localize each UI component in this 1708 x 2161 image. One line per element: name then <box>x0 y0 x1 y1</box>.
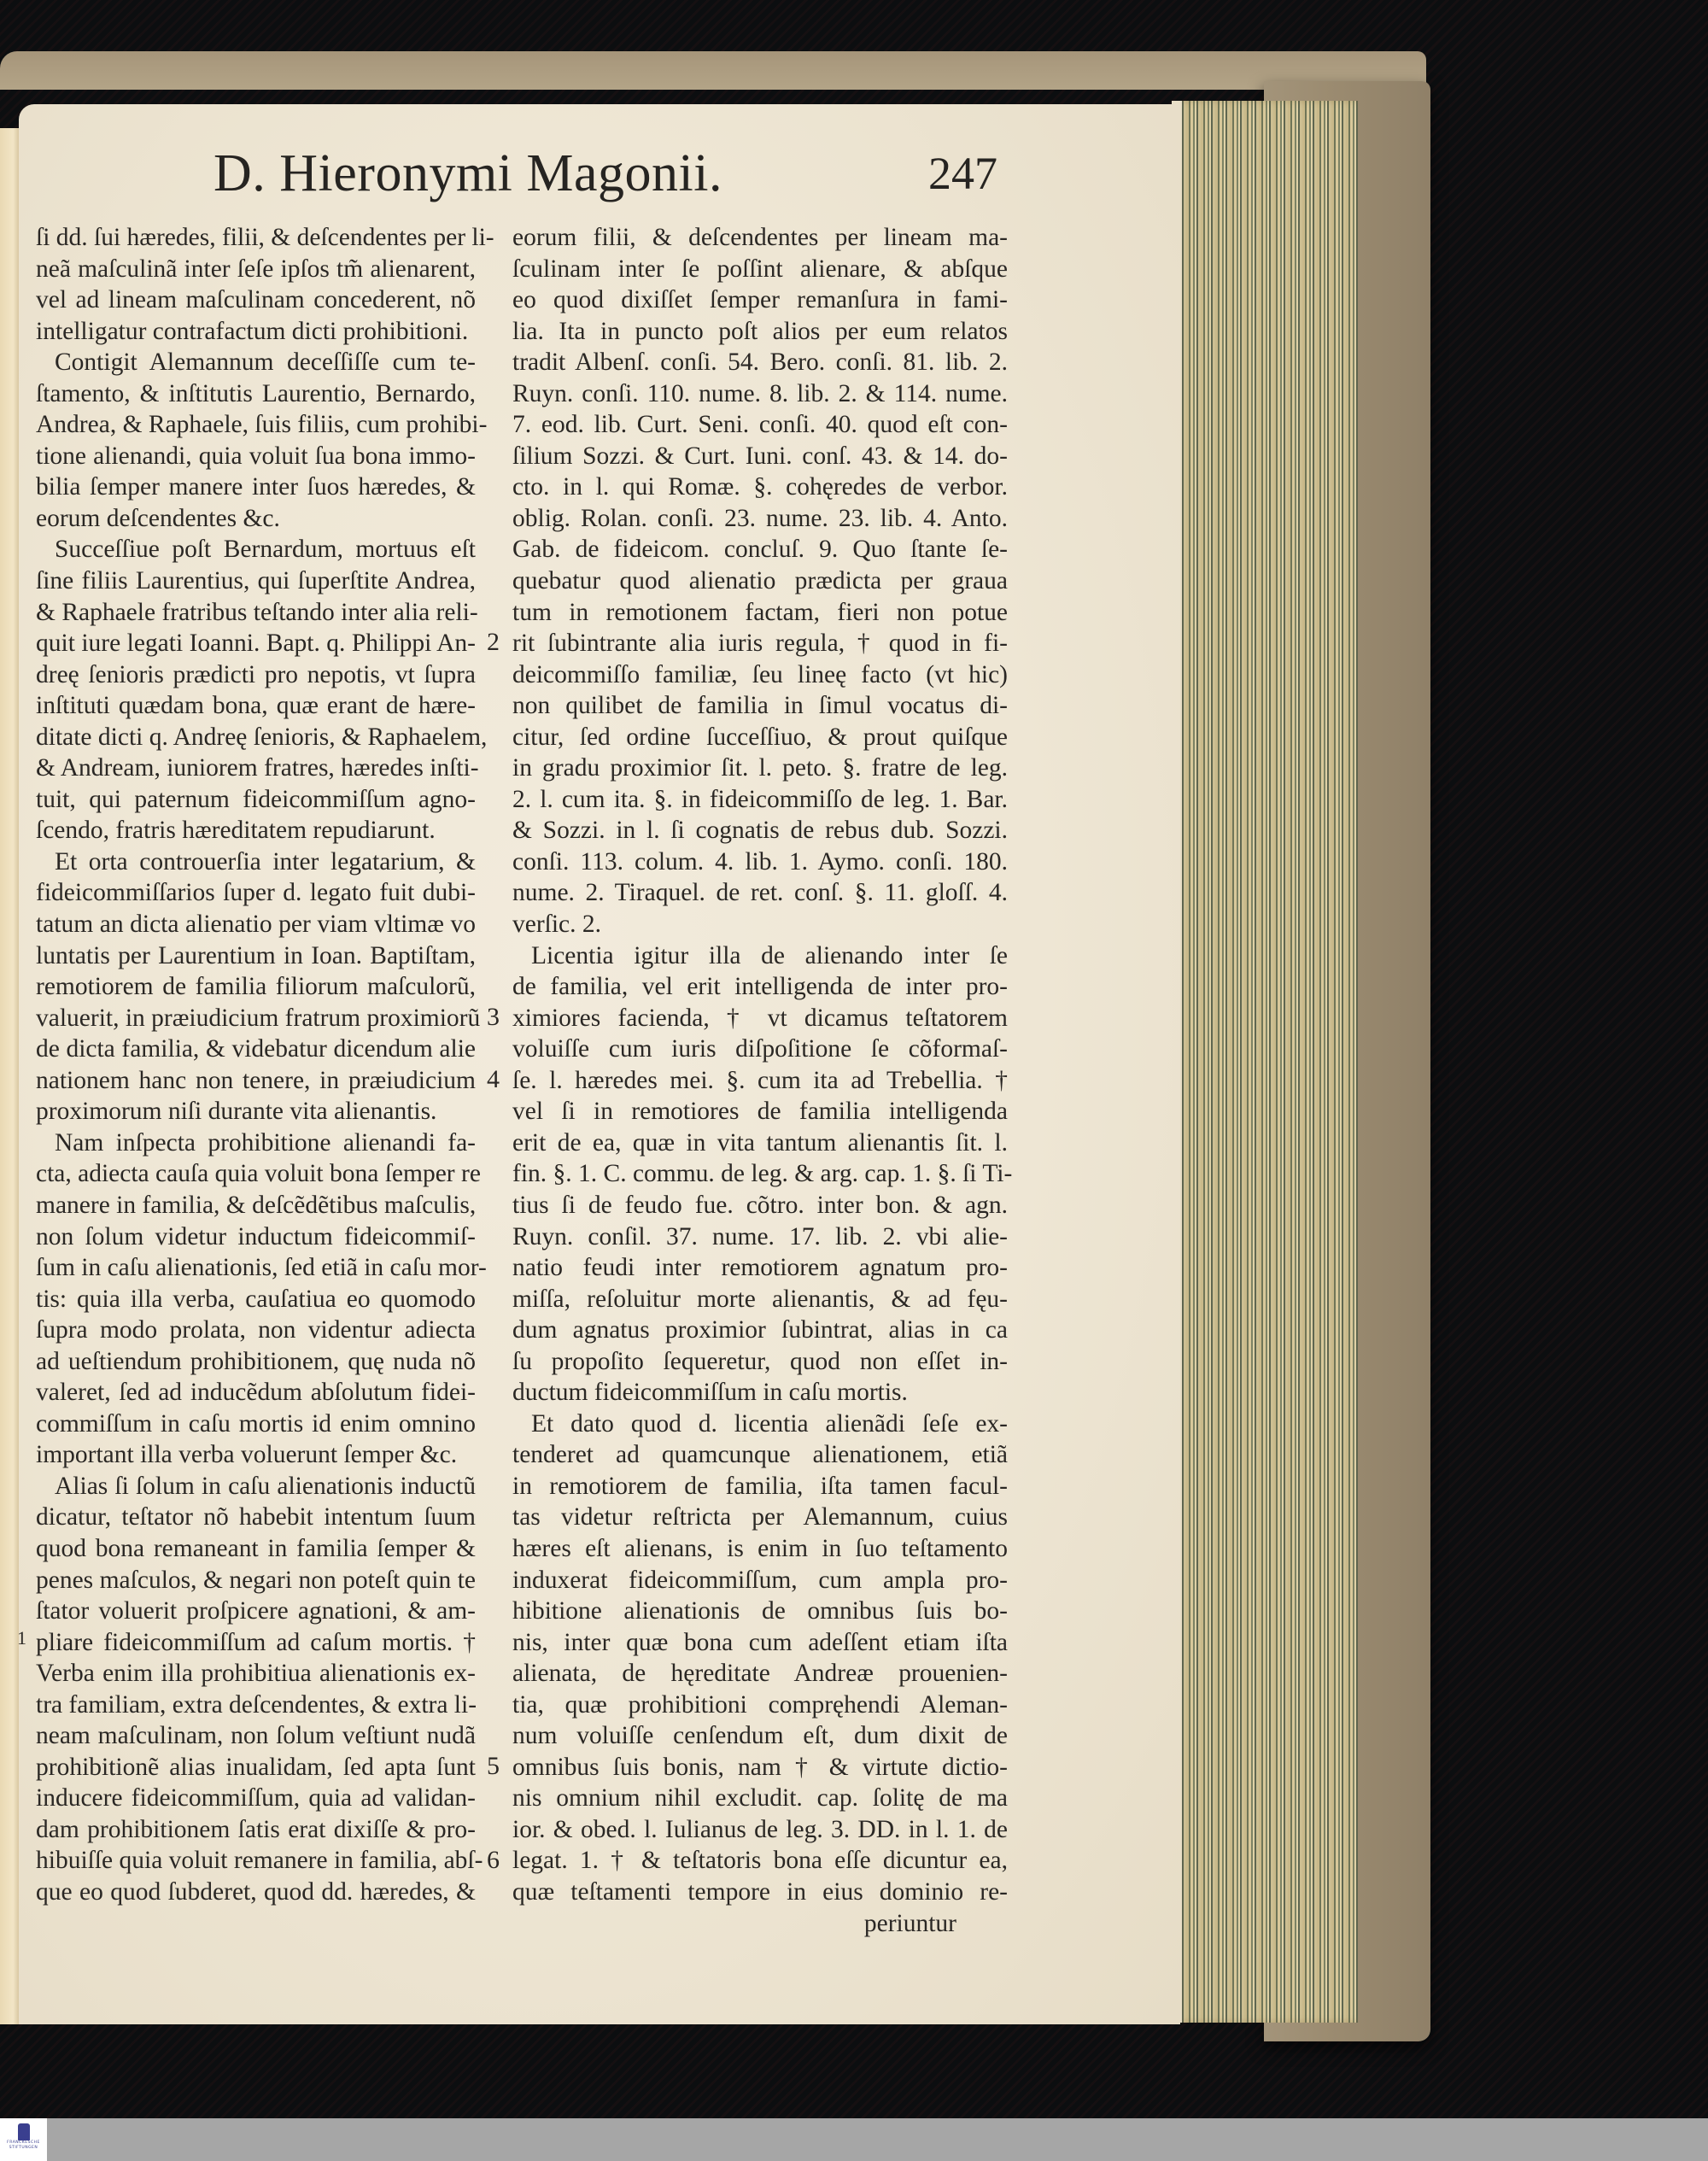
text-line: ſu propoſito ſequeretur, quod non eſſet … <box>512 1346 1008 1378</box>
text-line: Contigit Alemannum deceſſiſſe cum te- <box>36 347 476 378</box>
text-line: tum in remotionem factam, fieri non potu… <box>512 597 1008 629</box>
text-line: alienata, de hęreditate Andreæ prouenien… <box>512 1658 1008 1690</box>
text-line: nume. 2. Tiraquel. de ret. conſ. §. 11. … <box>512 877 1008 909</box>
text-line: verſic. 2. <box>512 909 1008 940</box>
running-head: D. Hieronymi Magonii. <box>213 143 722 204</box>
text-line: de familia, vel erit intelligenda de int… <box>512 971 1008 1003</box>
text-line: ad ueſtiendum prohibitionem, quę nuda nõ <box>36 1346 476 1378</box>
text-line: voluiſſe cum iuris diſpoſitione ſe cõfor… <box>512 1034 1008 1065</box>
text-line: proximorum niſi durante vita alienantis. <box>36 1096 476 1127</box>
marginal-number: 4 <box>487 1065 500 1094</box>
text-line: tra familiam, extra deſcendentes, & extr… <box>36 1690 476 1721</box>
text-line: quit iure legati Ioanni. Bapt. q. Philip… <box>36 628 476 659</box>
text-line: manere in familia, & deſcẽdẽtibus maſcul… <box>36 1190 476 1221</box>
text-line: valuerit, in præiudicium fratrum proximi… <box>36 1003 476 1034</box>
franckesche-stiftungen-logo[interactable]: FRANCKESCHE STIFTUNGEN <box>0 2118 47 2161</box>
text-line: lia. Ita in puncto poſt alios per eum re… <box>512 316 1008 348</box>
text-line: tradit Albenſ. conſi. 54. Bero. conſi. 8… <box>512 347 1008 378</box>
text-line: citur, ſed ordine ſucceſſiuo, & prout qu… <box>512 722 1008 753</box>
text-line: Ruyn. conſil. 37. nume. 17. lib. 2. vbi … <box>512 1221 1008 1253</box>
marginal-number: 2 <box>487 628 500 657</box>
text-line: inducere fideicommiſſum, quia ad validan… <box>36 1783 476 1814</box>
text-line: intelligatur contrafactum dicti prohibit… <box>36 316 476 348</box>
text-line: Et dato quod d. licentia alienãdi ſeſe e… <box>512 1408 1008 1440</box>
text-line: rit ſubintrante alia iuris regula, † quo… <box>512 628 1008 659</box>
text-line: & Andream, iuniorem fratres, hæredes inſ… <box>36 753 476 784</box>
text-line: tis: quia illa verba, cauſatiua eo quomo… <box>36 1284 476 1315</box>
text-line: hibitione alienationis de omnibus ſuis b… <box>512 1596 1008 1627</box>
logo-text-line2: STIFTUNGEN <box>0 2146 47 2151</box>
text-line: prohibitionẽ alias inualidam, ſed apta ſ… <box>36 1752 476 1783</box>
text-line: ximiores facienda, † vt dicamus teſtator… <box>512 1003 1008 1034</box>
text-line: ſum in caſu alienationis, ſed etiã in ca… <box>36 1252 476 1284</box>
text-line: Ruyn. conſi. 110. nume. 8. lib. 2. & 114… <box>512 378 1008 410</box>
viewer-footer-bar: FRANCKESCHE STIFTUNGEN <box>0 2118 1708 2161</box>
marginal-number: 6 <box>487 1846 500 1875</box>
catchword: periuntur <box>512 1908 1008 1940</box>
text-line: dam prohibitionem ſatis erat dixiſſe & p… <box>36 1814 476 1846</box>
text-line: pliare fideicommiſſum ad caſum mortis. † <box>36 1627 476 1659</box>
page-number: 247 <box>928 147 997 200</box>
text-line: Nam inſpecta prohibitione alienandi fa- <box>36 1127 476 1159</box>
left-text-column: ſi dd. ſui hæredes, filii, & deſcendente… <box>36 222 476 1908</box>
text-line: vel ad lineam maſculinam concederent, nõ <box>36 284 476 316</box>
text-line: ior. & obed. l. Iulianus de leg. 3. DD. … <box>512 1814 1008 1846</box>
text-line: in gradu proximior ſit. l. peto. §. frat… <box>512 753 1008 784</box>
text-line: tas videtur reſtricta per Alemannum, cui… <box>512 1502 1008 1533</box>
text-line: bilia ſemper manere inter ſuos hæredes, … <box>36 471 476 503</box>
text-line: tenderet ad quamcunque alienationem, eti… <box>512 1439 1008 1471</box>
page-header: D. Hieronymi Magonii. 247 <box>213 143 1008 212</box>
text-line: ſcendo, fratris hæreditatem repudiarunt. <box>36 815 476 846</box>
text-line: Et orta controuerſia inter legatarium, & <box>36 846 476 878</box>
text-line: conſi. 113. colum. 4. lib. 1. Aymo. conſ… <box>512 846 1008 878</box>
marginal-number: 5 <box>487 1752 500 1781</box>
text-line: valeret, ſed ad inducẽdum abſolutum fide… <box>36 1377 476 1408</box>
text-line: & Raphaele fratribus teſtando inter alia… <box>36 597 476 629</box>
page-fore-edge <box>1172 101 1358 2023</box>
text-line: fideicommiſſarios ſuper d. legato fuit d… <box>36 877 476 909</box>
text-line: induxerat fideicommiſſum, cum ampla pro- <box>512 1565 1008 1596</box>
text-line: Gab. de fideicom. concluſ. 9. Quo ſtante… <box>512 534 1008 565</box>
text-line: dicatur, teſtator nõ habebit intentum ſu… <box>36 1502 476 1533</box>
text-line: quod bona remaneant in familia ſemper & <box>36 1533 476 1565</box>
text-line: non ſolum videtur inductum fideicommiſ- <box>36 1221 476 1253</box>
text-line: vel ſi in remotiores de familia intellig… <box>512 1096 1008 1127</box>
text-line: num voluiſſe cenſendum eſt, dum dixit de <box>512 1720 1008 1752</box>
text-line: nationem hanc non tenere, in præiudicium <box>36 1065 476 1097</box>
marginal-number: 3 <box>487 1003 500 1032</box>
text-line: de dicta familia, & videbatur dicendum a… <box>36 1034 476 1065</box>
right-text-column: eorum filii, & deſcendentes per lineam m… <box>512 222 1008 1939</box>
text-line: ſine filiis Laurentius, qui ſuperſtite A… <box>36 565 476 597</box>
text-line: Licentia igitur illa de alienando inter … <box>512 940 1008 972</box>
text-line: tius ſi de feudo fue. cõtro. inter bon. … <box>512 1190 1008 1221</box>
text-line: Alias ſi ſolum in caſu alienationis indu… <box>36 1471 476 1502</box>
text-line: quæ teſtamenti tempore in eius dominio r… <box>512 1877 1008 1908</box>
text-line: fin. §. 1. C. commu. de leg. & arg. cap.… <box>512 1158 1008 1190</box>
text-line: important illa verba voluerunt ſemper &c… <box>36 1439 476 1471</box>
text-line: non quilibet de familia in ſimul vocatus… <box>512 690 1008 722</box>
text-line: ditate dicti q. Andreę ſenioris, & Rapha… <box>36 722 476 753</box>
text-line: ſculinam inter ſe poſſint alienare, & ab… <box>512 254 1008 285</box>
text-line: tatum an dicta alienatio per viam vltimæ… <box>36 909 476 940</box>
text-line: hibuiſſe quia voluit remanere in familia… <box>36 1845 476 1877</box>
text-line: eorum deſcendentes &c. <box>36 503 476 535</box>
text-line: ductum fideicommiſſum in caſu mortis. <box>512 1377 1008 1408</box>
text-line: remotiorem de familia filiorum maſculorũ… <box>36 971 476 1003</box>
text-line: dum agnatus proximior ſubintrat, alias i… <box>512 1315 1008 1346</box>
text-line: neã maſculinã inter ſeſe ipſos tm̃ alien… <box>36 254 476 285</box>
text-line: tia, quæ prohibitioni compręhendi Aleman… <box>512 1690 1008 1721</box>
text-line: luntatis per Laurentium in Ioan. Baptiſt… <box>36 940 476 972</box>
text-line: & Sozzi. in l. ſi cognatis de rebus dub.… <box>512 815 1008 846</box>
text-line: nis omnium nihil excludit. cap. ſolitę d… <box>512 1783 1008 1814</box>
text-line: oblig. Rolan. conſi. 23. nume. 23. lib. … <box>512 503 1008 535</box>
text-line: nis, inter quæ bona cum adeſſent etiam i… <box>512 1627 1008 1659</box>
text-line: que eo quod ſubderet, quod dd. hæredes, … <box>36 1877 476 1908</box>
text-line: hæres eſt alienans, is enim in ſuo teſta… <box>512 1533 1008 1565</box>
text-line: inſtituti quædam bona, quæ erant de hære… <box>36 690 476 722</box>
marginal-number: 1 <box>17 1627 26 1649</box>
logo-figure-icon <box>18 2123 30 2141</box>
text-line: Andrea, & Raphaele, ſuis filiis, cum pro… <box>36 409 476 441</box>
text-line: in remotiorem de familia, iſta tamen fac… <box>512 1471 1008 1502</box>
text-line: Verba enim illa prohibitiua alienationis… <box>36 1658 476 1690</box>
text-line: tione alienandi, quia voluit ſua bona im… <box>36 441 476 472</box>
text-line: eo quod dixiſſet ſemper remanſura in fam… <box>512 284 1008 316</box>
text-line: commiſſum in caſu mortis id enim omnino <box>36 1408 476 1440</box>
text-line: cta, adiecta cauſa quia voluit bona ſemp… <box>36 1158 476 1190</box>
text-line: natio feudi inter remotiorem agnatum pro… <box>512 1252 1008 1284</box>
text-line: penes maſculos, & negari non poteſt quin… <box>36 1565 476 1596</box>
book-cover-top-edge <box>0 51 1426 90</box>
text-line: Succeſſiue poſt Bernardum, mortuus eſt <box>36 534 476 565</box>
text-line: tuit, qui paternum fideicommiſſum agno- <box>36 784 476 816</box>
text-line: erit de ea, quæ in vita tantum alienanti… <box>512 1127 1008 1159</box>
text-line: deicommiſſo familiæ, ſeu lineę facto (vt… <box>512 659 1008 691</box>
text-line: ſupra modo prolata, non videntur adiecta <box>36 1315 476 1346</box>
text-line: ſe. l. hæredes mei. §. cum ita ad Trebel… <box>512 1065 1008 1097</box>
text-line: eorum filii, & deſcendentes per lineam m… <box>512 222 1008 254</box>
text-line: 2. l. cum ita. §. in fideicommiſſo de le… <box>512 784 1008 816</box>
text-line: cto. in l. qui Romæ. §. cohęredes de ver… <box>512 471 1008 503</box>
text-line: ſtator voluerit proſpicere agnationi, & … <box>36 1596 476 1627</box>
text-line: miſſa, reſoluitur morte alienantis, & ad… <box>512 1284 1008 1315</box>
text-line: 7. eod. lib. Curt. Seni. conſi. 40. quod… <box>512 409 1008 441</box>
text-line: ſilium Sozzi. & Curt. Iuni. conſ. 43. & … <box>512 441 1008 472</box>
text-line: ſtamento, & inſtitutis Laurentio, Bernar… <box>36 378 476 410</box>
text-line: legat. 1. † & teſtatoris bona eſſe dicun… <box>512 1845 1008 1877</box>
left-page-edge <box>0 128 20 2024</box>
text-line: quebatur quod alienatio prædicta per gra… <box>512 565 1008 597</box>
text-line: ſi dd. ſui hæredes, filii, & deſcendente… <box>36 222 476 254</box>
text-line: neam maſculinam, non ſolum veſtiunt nudã <box>36 1720 476 1752</box>
text-line: omnibus ſuis bonis, nam † & virtute dict… <box>512 1752 1008 1783</box>
text-line: dreę ſenioris prædicti pro nepotis, vt ſ… <box>36 659 476 691</box>
